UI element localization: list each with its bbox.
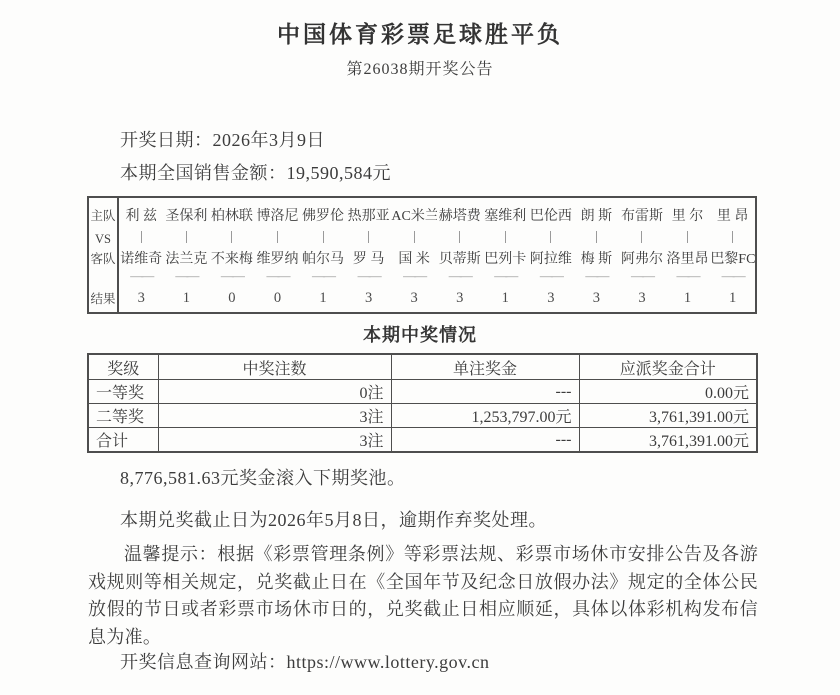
away-team: 阿拉维 (528, 247, 574, 268)
separator-dash: —— (391, 268, 437, 284)
single-prize: --- (391, 428, 579, 453)
home-team: 圣保利 (164, 197, 210, 231)
issue-subtitle: 第26038期开奖公告 (0, 56, 840, 79)
separator-dash: —— (209, 268, 255, 284)
away-team: 罗 马 (346, 247, 392, 268)
home-team: 利 兹 (118, 197, 164, 231)
single-prize: 1,253,797.00元 (391, 404, 579, 428)
col-header-total-prize: 应派奖金合计 (579, 354, 757, 380)
away-team: 梅 斯 (574, 247, 620, 268)
away-team: 巴列卡 (483, 247, 529, 268)
separator-dash: —— (710, 268, 756, 284)
vs-bar (437, 231, 483, 247)
prize-level: 一等奖 (88, 380, 158, 404)
home-team: 热那亚 (346, 197, 392, 231)
away-team: 贝蒂斯 (437, 247, 483, 268)
lottery-announcement-page: 中国体育彩票足球胜平负 第26038期开奖公告 开奖日期：2026年3月9日 本… (0, 0, 840, 695)
vs-bar (164, 231, 210, 247)
prize-row-total: 合计 3注 --- 3,761,391.00元 (88, 428, 757, 453)
vs-bar (528, 231, 574, 247)
home-team: 佛罗伦 (300, 197, 346, 231)
match-result: 0 (255, 284, 301, 313)
total-prize: 3,761,391.00元 (579, 404, 757, 428)
home-team: 朗 斯 (574, 197, 620, 231)
col-header-count: 中奖注数 (158, 354, 391, 380)
home-team: 里 尔 (665, 197, 711, 231)
home-team: 塞维利 (483, 197, 529, 231)
vs-bar (574, 231, 620, 247)
prize-row-first: 一等奖 0注 --- 0.00元 (88, 380, 757, 404)
away-team: 法兰克 (164, 247, 210, 268)
home-team: 柏林联 (209, 197, 255, 231)
away-team: 洛里昂 (665, 247, 711, 268)
away-team: 不来梅 (209, 247, 255, 268)
total-prize: 3,761,391.00元 (579, 428, 757, 453)
home-row-header: 主队 (88, 197, 118, 231)
away-team: 诺维奇 (118, 247, 164, 268)
winner-count: 3注 (158, 404, 391, 428)
match-result: 3 (528, 284, 574, 313)
winner-count: 3注 (158, 428, 391, 453)
national-sales-amount: 本期全国销售金额：19,590,584元 (120, 159, 391, 185)
home-team: 博洛尼 (255, 197, 301, 231)
single-prize: --- (391, 380, 579, 404)
prize-level: 合计 (88, 428, 158, 453)
match-result: 3 (118, 284, 164, 313)
total-prize: 0.00元 (579, 380, 757, 404)
match-result: 3 (437, 284, 483, 313)
vs-bar (209, 231, 255, 247)
home-team: 赫塔费 (437, 197, 483, 231)
home-team-row: 主队 利 兹 圣保利 柏林联 博洛尼 佛罗伦 热那亚 AC米兰 赫塔费 塞维利 … (88, 197, 756, 231)
separator-dash: —— (483, 268, 529, 284)
match-result: 3 (391, 284, 437, 313)
match-result: 1 (483, 284, 529, 313)
col-header-single-prize: 单注奖金 (391, 354, 579, 380)
separator-dash: —— (255, 268, 301, 284)
match-result: 1 (164, 284, 210, 313)
separator-dash: —— (619, 268, 665, 284)
prize-level: 二等奖 (88, 404, 158, 428)
friendly-reminder-paragraph: 温馨提示：根据《彩票管理条例》等彩票法规、彩票市场休市安排公告及各游戏规则等相关… (88, 541, 758, 651)
separator-dash: —— (437, 268, 483, 284)
vs-bar (300, 231, 346, 247)
away-team: 巴黎FC (710, 247, 756, 268)
separator-dash: —— (574, 268, 620, 284)
separator-dash: —— (164, 268, 210, 284)
match-result: 0 (209, 284, 255, 313)
page-title: 中国体育彩票足球胜平负 (0, 16, 840, 49)
match-result: 3 (619, 284, 665, 313)
vs-row-header: VS (88, 231, 118, 247)
away-team: 帕尔马 (300, 247, 346, 268)
result-row: 结果 3 1 0 0 1 3 3 3 1 3 3 3 1 1 (88, 284, 756, 313)
vs-bar (255, 231, 301, 247)
match-result: 3 (574, 284, 620, 313)
separator-row-header (88, 268, 118, 284)
winning-section-heading: 本期中奖情况 (0, 321, 840, 347)
match-results-table: 主队 利 兹 圣保利 柏林联 博洛尼 佛罗伦 热那亚 AC米兰 赫塔费 塞维利 … (87, 196, 757, 314)
vs-row: VS (88, 231, 756, 247)
vs-bar (665, 231, 711, 247)
vs-bar (391, 231, 437, 247)
prize-table: 奖级 中奖注数 单注奖金 应派奖金合计 一等奖 0注 --- 0.00元 二等奖… (87, 353, 758, 453)
match-result: 1 (665, 284, 711, 313)
redeem-deadline-note: 本期兑奖截止日为2026年5月8日，逾期作弃奖处理。 (120, 506, 547, 532)
match-result: 3 (346, 284, 392, 313)
home-team: 里 昂 (710, 197, 756, 231)
separator-dash: —— (346, 268, 392, 284)
home-team: AC米兰 (391, 197, 437, 231)
separator-dash: —— (528, 268, 574, 284)
rollover-note: 8,776,581.63元奖金滚入下期奖池。 (120, 464, 406, 490)
home-team: 巴伦西 (528, 197, 574, 231)
match-result: 1 (710, 284, 756, 313)
away-team: 阿弗尔 (619, 247, 665, 268)
away-team: 国 米 (391, 247, 437, 268)
away-team-row: 客队 诺维奇 法兰克 不来梅 维罗纳 帕尔马 罗 马 国 米 贝蒂斯 巴列卡 阿… (88, 247, 756, 268)
vs-bar (346, 231, 392, 247)
separator-dash: —— (300, 268, 346, 284)
prize-row-second: 二等奖 3注 1,253,797.00元 3,761,391.00元 (88, 404, 757, 428)
separator-dash: —— (665, 268, 711, 284)
separator-row: —— —— —— —— —— —— —— —— —— —— —— —— —— —… (88, 268, 756, 284)
separator-dash: —— (118, 268, 164, 284)
draw-date: 开奖日期：2026年3月9日 (120, 126, 325, 152)
col-header-level: 奖级 (88, 354, 158, 380)
result-row-header: 结果 (88, 284, 118, 313)
match-result: 1 (300, 284, 346, 313)
vs-bar (118, 231, 164, 247)
winner-count: 0注 (158, 380, 391, 404)
away-row-header: 客队 (88, 247, 118, 268)
vs-bar (710, 231, 756, 247)
vs-bar (483, 231, 529, 247)
away-team: 维罗纳 (255, 247, 301, 268)
vs-bar (619, 231, 665, 247)
query-website-line: 开奖信息查询网站：https://www.lottery.gov.cn (120, 648, 489, 674)
home-team: 布雷斯 (619, 197, 665, 231)
prize-table-header-row: 奖级 中奖注数 单注奖金 应派奖金合计 (88, 354, 757, 380)
